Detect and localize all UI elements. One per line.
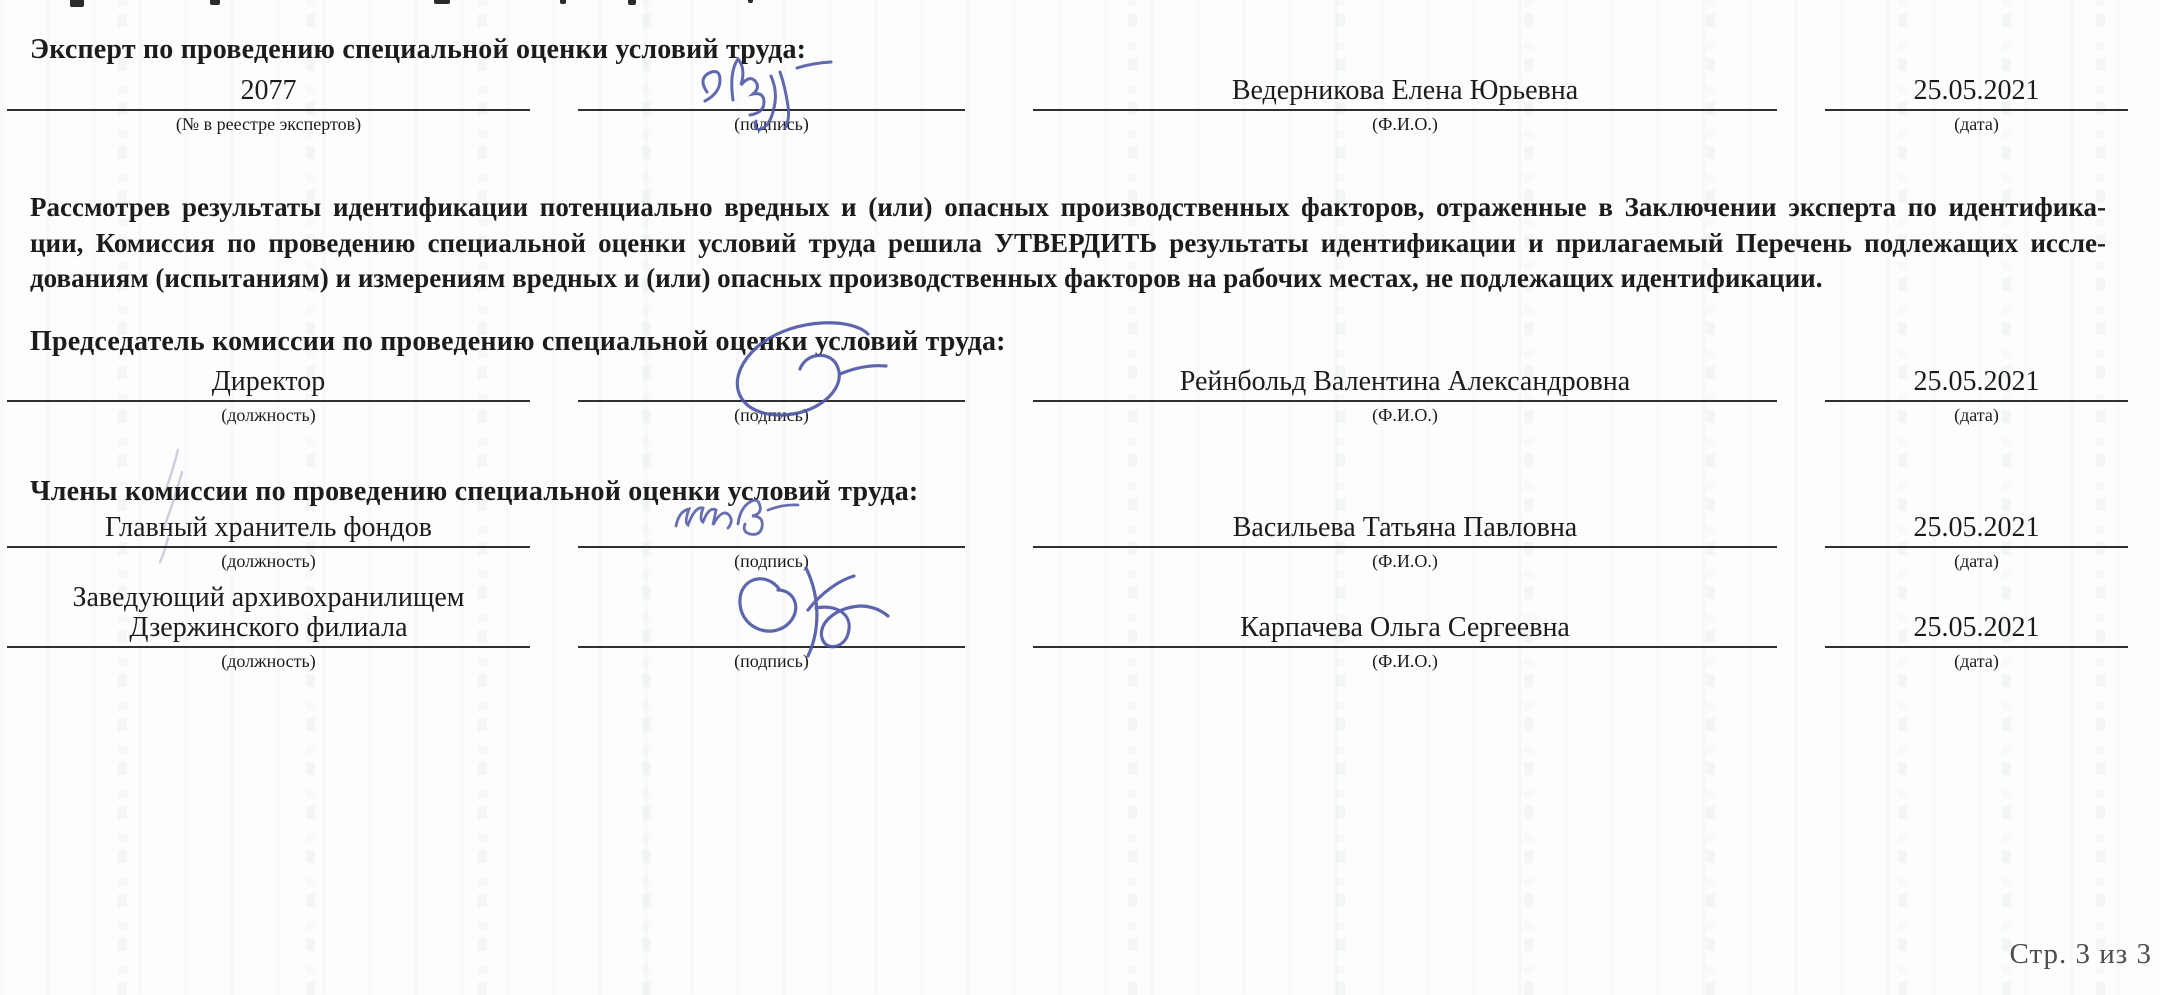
member1-position-value: Главный хранитель фондов [7,498,530,548]
expert-date-label: (дата) [1825,111,2128,134]
chairman-date-value: 25.05.2021 [1825,352,2128,402]
chairman-position-field: Директор (должность) [7,352,530,425]
member2-name-value: Карпачева Ольга Сергеевна [1033,578,1777,648]
chairman-name-field: Рейнбольд Валентина Александровна (Ф.И.О… [1033,352,1777,425]
page-indicator: Стр. 3 из 3 [2010,938,2152,971]
expert-signature-label: (подпись) [578,111,965,134]
chairman-position-label: (должность) [7,402,530,425]
member1-signature-line [578,498,965,548]
resolution-paragraph: Рассмотрев результаты идентификации поте… [30,190,2106,297]
chairman-date-label: (дата) [1825,402,2128,425]
chairman-signature-label: (подпись) [578,402,965,425]
expert-signature-line [578,62,965,111]
expert-date-value: 25.05.2021 [1825,62,2128,111]
member1-signature-row: Главный хранитель фондов (должность) (по… [7,498,2128,571]
chairman-position-value: Директор [7,352,530,402]
member2-name-field: Карпачева Ольга Сергеевна (Ф.И.О.) [1033,578,1777,671]
member1-name-field: Васильева Татьяна Павловна (Ф.И.О.) [1033,498,1777,571]
expert-date-field: 25.05.2021 (дата) [1825,62,2128,134]
resolution-line: ции, Комиссия по проведению специальной … [30,226,2106,262]
member2-position-field: Заведующий архивохранилищем Дзержинского… [7,578,530,671]
member2-date-field: 25.05.2021 (дата) [1825,578,2128,671]
member1-date-field: 25.05.2021 (дата) [1825,498,2128,571]
member2-date-value: 25.05.2021 [1825,578,2128,648]
expert-name-field: Ведерникова Елена Юрьевна (Ф.И.О.) [1033,62,1777,134]
expert-signature-field: (подпись) [578,62,965,134]
member1-name-value: Васильева Татьяна Павловна [1033,498,1777,548]
chairman-signature-line [578,352,965,402]
member2-date-label: (дата) [1825,648,2128,671]
document-page: Эксперт по проведению специальной оценки… [0,0,2160,995]
member1-name-label: (Ф.И.О.) [1033,548,1777,571]
chairman-name-label: (Ф.И.О.) [1033,402,1777,425]
chairman-date-field: 25.05.2021 (дата) [1825,352,2128,425]
expert-signature-row: 2077 (№ в реестре экспертов) (подпись) В… [7,62,2128,134]
chairman-signature-field: (подпись) [578,352,965,425]
member2-position-label: (должность) [7,648,530,671]
member2-signature-row: Заведующий архивохранилищем Дзержинского… [7,578,2128,671]
member1-date-value: 25.05.2021 [1825,498,2128,548]
chairman-name-value: Рейнбольд Валентина Александровна [1033,352,1777,402]
member1-signature-field: (подпись) [578,498,965,571]
registry-number-field: 2077 (№ в реестре экспертов) [7,62,530,134]
member1-position-label: (должность) [7,548,530,571]
chairman-signature-row: Директор (должность) (подпись) Рейнбольд… [7,352,2128,425]
resolution-line: Рассмотрев результаты идентификации поте… [30,190,2106,226]
member2-position-value: Заведующий архивохранилищем Дзержинского… [7,578,530,648]
member2-signature-line [578,578,965,648]
expert-name-value: Ведерникова Елена Юрьевна [1033,62,1777,111]
member1-signature-label: (подпись) [578,548,965,571]
member1-position-field: Главный хранитель фондов (должность) [7,498,530,571]
member2-signature-label: (подпись) [578,648,965,671]
resolution-line: дованиям (испытаниям) и измерениям вредн… [30,261,2106,297]
member2-signature-field: (подпись) [578,578,965,671]
member1-date-label: (дата) [1825,548,2128,571]
registry-number-value: 2077 [7,62,530,111]
member2-name-label: (Ф.И.О.) [1033,648,1777,671]
registry-number-label: (№ в реестре экспертов) [7,111,530,134]
expert-name-label: (Ф.И.О.) [1033,111,1777,134]
